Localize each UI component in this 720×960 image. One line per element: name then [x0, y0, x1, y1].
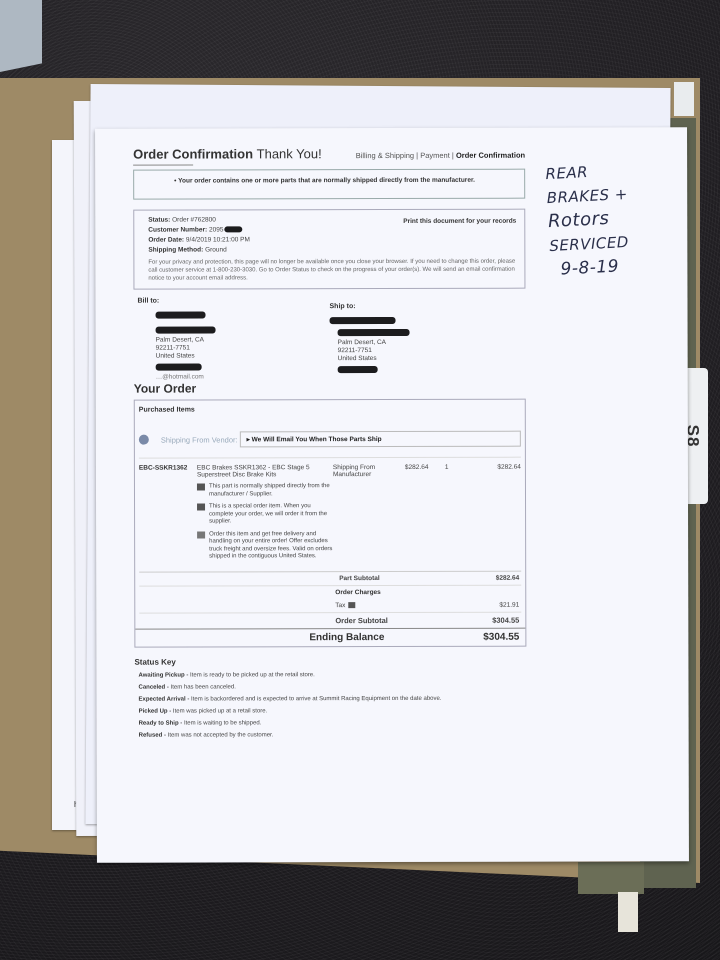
handwritten-line: SERVICED — [549, 230, 631, 258]
handwritten-line: 9-8-19 — [550, 254, 632, 282]
bill-to-country: United States — [156, 352, 216, 360]
vendor-row: Shipping From Vendor: ▸ We Will Email Yo… — [139, 431, 521, 448]
handwritten-line: BRAKES + — [546, 182, 628, 210]
table-row: EBC-SSKR1362 EBC Brakes SSKR1362 - EBC S… — [139, 457, 521, 561]
page-header: Order Confirmation Thank You! Billing & … — [133, 146, 525, 162]
status-key-entry: Ready to Ship - Item is waiting to be sh… — [139, 719, 527, 726]
status-key-heading: Status Key — [134, 656, 526, 666]
special-order-icon — [197, 503, 205, 510]
ship-to-zip: 92211-7751 — [338, 347, 410, 355]
order-subtotal-label: Order Subtotal — [335, 616, 388, 625]
step-billing-shipping: Billing & Shipping — [356, 151, 414, 160]
redaction-mark — [330, 317, 396, 324]
status-term: Picked Up - — [139, 708, 172, 714]
document-content: Order Confirmation Thank You! Billing & … — [133, 146, 527, 745]
order-subtotal-value: $304.55 — [492, 615, 519, 624]
status-value: Order #762800 — [172, 216, 216, 223]
item-total: $282.64 — [483, 464, 521, 561]
bill-to-email: …@hotmail.com — [156, 373, 216, 381]
folder-hanger-bottom — [618, 892, 638, 932]
status-definition: Item is backordered and is expected to a… — [191, 695, 441, 702]
status-definition: Item was picked up at a retail store. — [173, 708, 267, 714]
redaction-mark — [156, 363, 202, 370]
status-term: Refused - — [139, 732, 166, 738]
tax-value: $21.91 — [499, 601, 519, 608]
free-shipping-icon — [197, 531, 205, 538]
vendor-banner: ▸ We Will Email You When Those Parts Shi… — [240, 431, 521, 448]
bill-to-zip: 92211-7751 — [156, 344, 216, 352]
ship-to-city: Palm Desert, CA — [338, 339, 410, 347]
part-subtotal-label: Part Subtotal — [339, 575, 379, 582]
item-shipping: Shipping From Manufacturer — [333, 464, 405, 561]
ship-to-country: United States — [338, 355, 410, 363]
redaction-mark — [338, 366, 378, 373]
title-light: Thank You! — [257, 146, 322, 161]
page-title: Order Confirmation Thank You! — [133, 146, 322, 161]
ending-balance-row: Ending Balance$304.55 — [135, 627, 525, 646]
status-key-entry: Expected Arrival - Item is backordered a… — [139, 695, 527, 702]
hanging-folder-bottom — [578, 862, 644, 894]
ending-balance-label: Ending Balance — [309, 632, 384, 643]
checkout-steps: Billing & Shipping | Payment | Order Con… — [356, 151, 525, 160]
redaction-mark — [156, 326, 216, 333]
part-subtotal-row: Part Subtotal$282.64 — [139, 571, 521, 586]
status-definition: Item is ready to be picked up at the ret… — [190, 672, 315, 678]
order-status-box: Print this document for your records Sta… — [133, 209, 525, 290]
corner-paper — [0, 0, 42, 72]
order-date-value: 9/4/2019 10:21:00 PM — [186, 236, 250, 243]
note-text: Order this item and get free delivery an… — [209, 531, 333, 561]
addresses: Bill to: Palm Desert, CA 92211-7751 Unit… — [133, 297, 525, 378]
status-term: Awaiting Pickup - — [138, 672, 188, 678]
order-charges-label: Order Charges — [335, 589, 381, 596]
part-subtotal-value: $282.64 — [496, 574, 520, 581]
order-subtotal-row: Order Subtotal$304.55 — [139, 612, 521, 628]
order-charges-row: Order Charges — [139, 585, 521, 599]
step-order-confirmation: Order Confirmation — [456, 151, 525, 160]
item-sku: EBC-SSKR1362 — [139, 465, 197, 562]
vendor-label: Shipping From Vendor: — [161, 435, 238, 444]
truck-icon — [197, 483, 205, 490]
status-term: Expected Arrival - — [139, 696, 190, 702]
your-order-heading: Your Order — [134, 381, 526, 396]
status-definition: Item was not accepted by the customer. — [168, 732, 274, 738]
globe-icon — [139, 435, 149, 445]
shipping-method-value: Ground — [205, 246, 227, 253]
redaction-mark — [224, 227, 242, 233]
item-note: This is a special order item. When you c… — [197, 503, 333, 526]
ending-balance-value: $304.55 — [483, 631, 519, 642]
redaction-mark — [156, 311, 206, 318]
vendor-banner-text: We Will Email You When Those Parts Ship — [252, 436, 382, 443]
tax-label: Tax — [335, 602, 345, 609]
status-definition: Item is waiting to be shipped. — [184, 720, 261, 726]
handwritten-note: REAR BRAKES + Rotors SERVICED 9-8-19 — [545, 158, 632, 282]
status-key-entry: Canceled - Item has been canceled. — [138, 683, 526, 690]
item-note: Order this item and get free delivery an… — [197, 531, 333, 561]
order-date-label: Order Date: — [148, 237, 184, 244]
status-key-entry: Picked Up - Item was picked up at a reta… — [139, 707, 527, 714]
status-term: Ready to Ship - — [139, 720, 183, 726]
tax-row: Tax$21.91 — [139, 598, 521, 613]
privacy-notice: For your privacy and protection, this pa… — [148, 258, 518, 283]
bill-to-label: Bill to: — [137, 297, 215, 305]
folder-hanger-top — [674, 82, 694, 116]
item-price: $282.64 — [405, 464, 445, 561]
item-description: EBC Brakes SSKR1362 - EBC Stage 5 Supers… — [197, 464, 333, 478]
purchased-items-label: Purchased Items — [139, 406, 521, 414]
customer-number-label: Customer Number: — [148, 226, 207, 233]
header-rule — [133, 165, 193, 166]
item-note: This part is normally shipped directly f… — [197, 483, 333, 498]
notice-text: Your order contains one or more parts th… — [178, 177, 475, 185]
redaction-mark — [338, 329, 410, 336]
status-key: Status Key Awaiting Pickup - Item is rea… — [134, 656, 526, 738]
note-text: This is a special order item. When you c… — [209, 503, 333, 526]
item-description-cell: EBC Brakes SSKR1362 - EBC Stage 5 Supers… — [197, 464, 333, 561]
status-label: Status: — [148, 217, 170, 224]
print-note: Print this document for your records — [403, 218, 516, 225]
bill-to-city: Palm Desert, CA — [156, 336, 216, 344]
bill-to-address: Bill to: Palm Desert, CA 92211-7751 Unit… — [137, 297, 215, 381]
email-domain: hotmail.com — [169, 373, 204, 380]
item-qty: 1 — [445, 464, 483, 561]
title-bold: Order Confirmation — [133, 146, 253, 161]
status-key-entry: Awaiting Pickup - Item is ready to be pi… — [138, 671, 526, 678]
info-icon — [348, 602, 355, 608]
status-definition: Item has been canceled. — [171, 684, 236, 690]
ship-to-address: Ship to: Palm Desert, CA 92211-7751 Unit… — [329, 303, 409, 376]
customer-number-value: 2095 — [209, 226, 223, 233]
status-term: Canceled - — [138, 684, 168, 690]
step-payment: Payment — [420, 151, 450, 160]
order-totals: Part Subtotal$282.64 Order Charges Tax$2… — [139, 570, 521, 646]
status-key-entry: Refused - Item was not accepted by the c… — [139, 731, 527, 738]
shipping-method-label: Shipping Method: — [148, 246, 203, 253]
order-box: Purchased Items Shipping From Vendor: ▸ … — [134, 399, 527, 648]
ship-to-label: Ship to: — [329, 303, 409, 311]
manufacturer-notice: • Your order contains one or more parts … — [133, 169, 525, 200]
note-text: This part is normally shipped directly f… — [209, 483, 333, 498]
